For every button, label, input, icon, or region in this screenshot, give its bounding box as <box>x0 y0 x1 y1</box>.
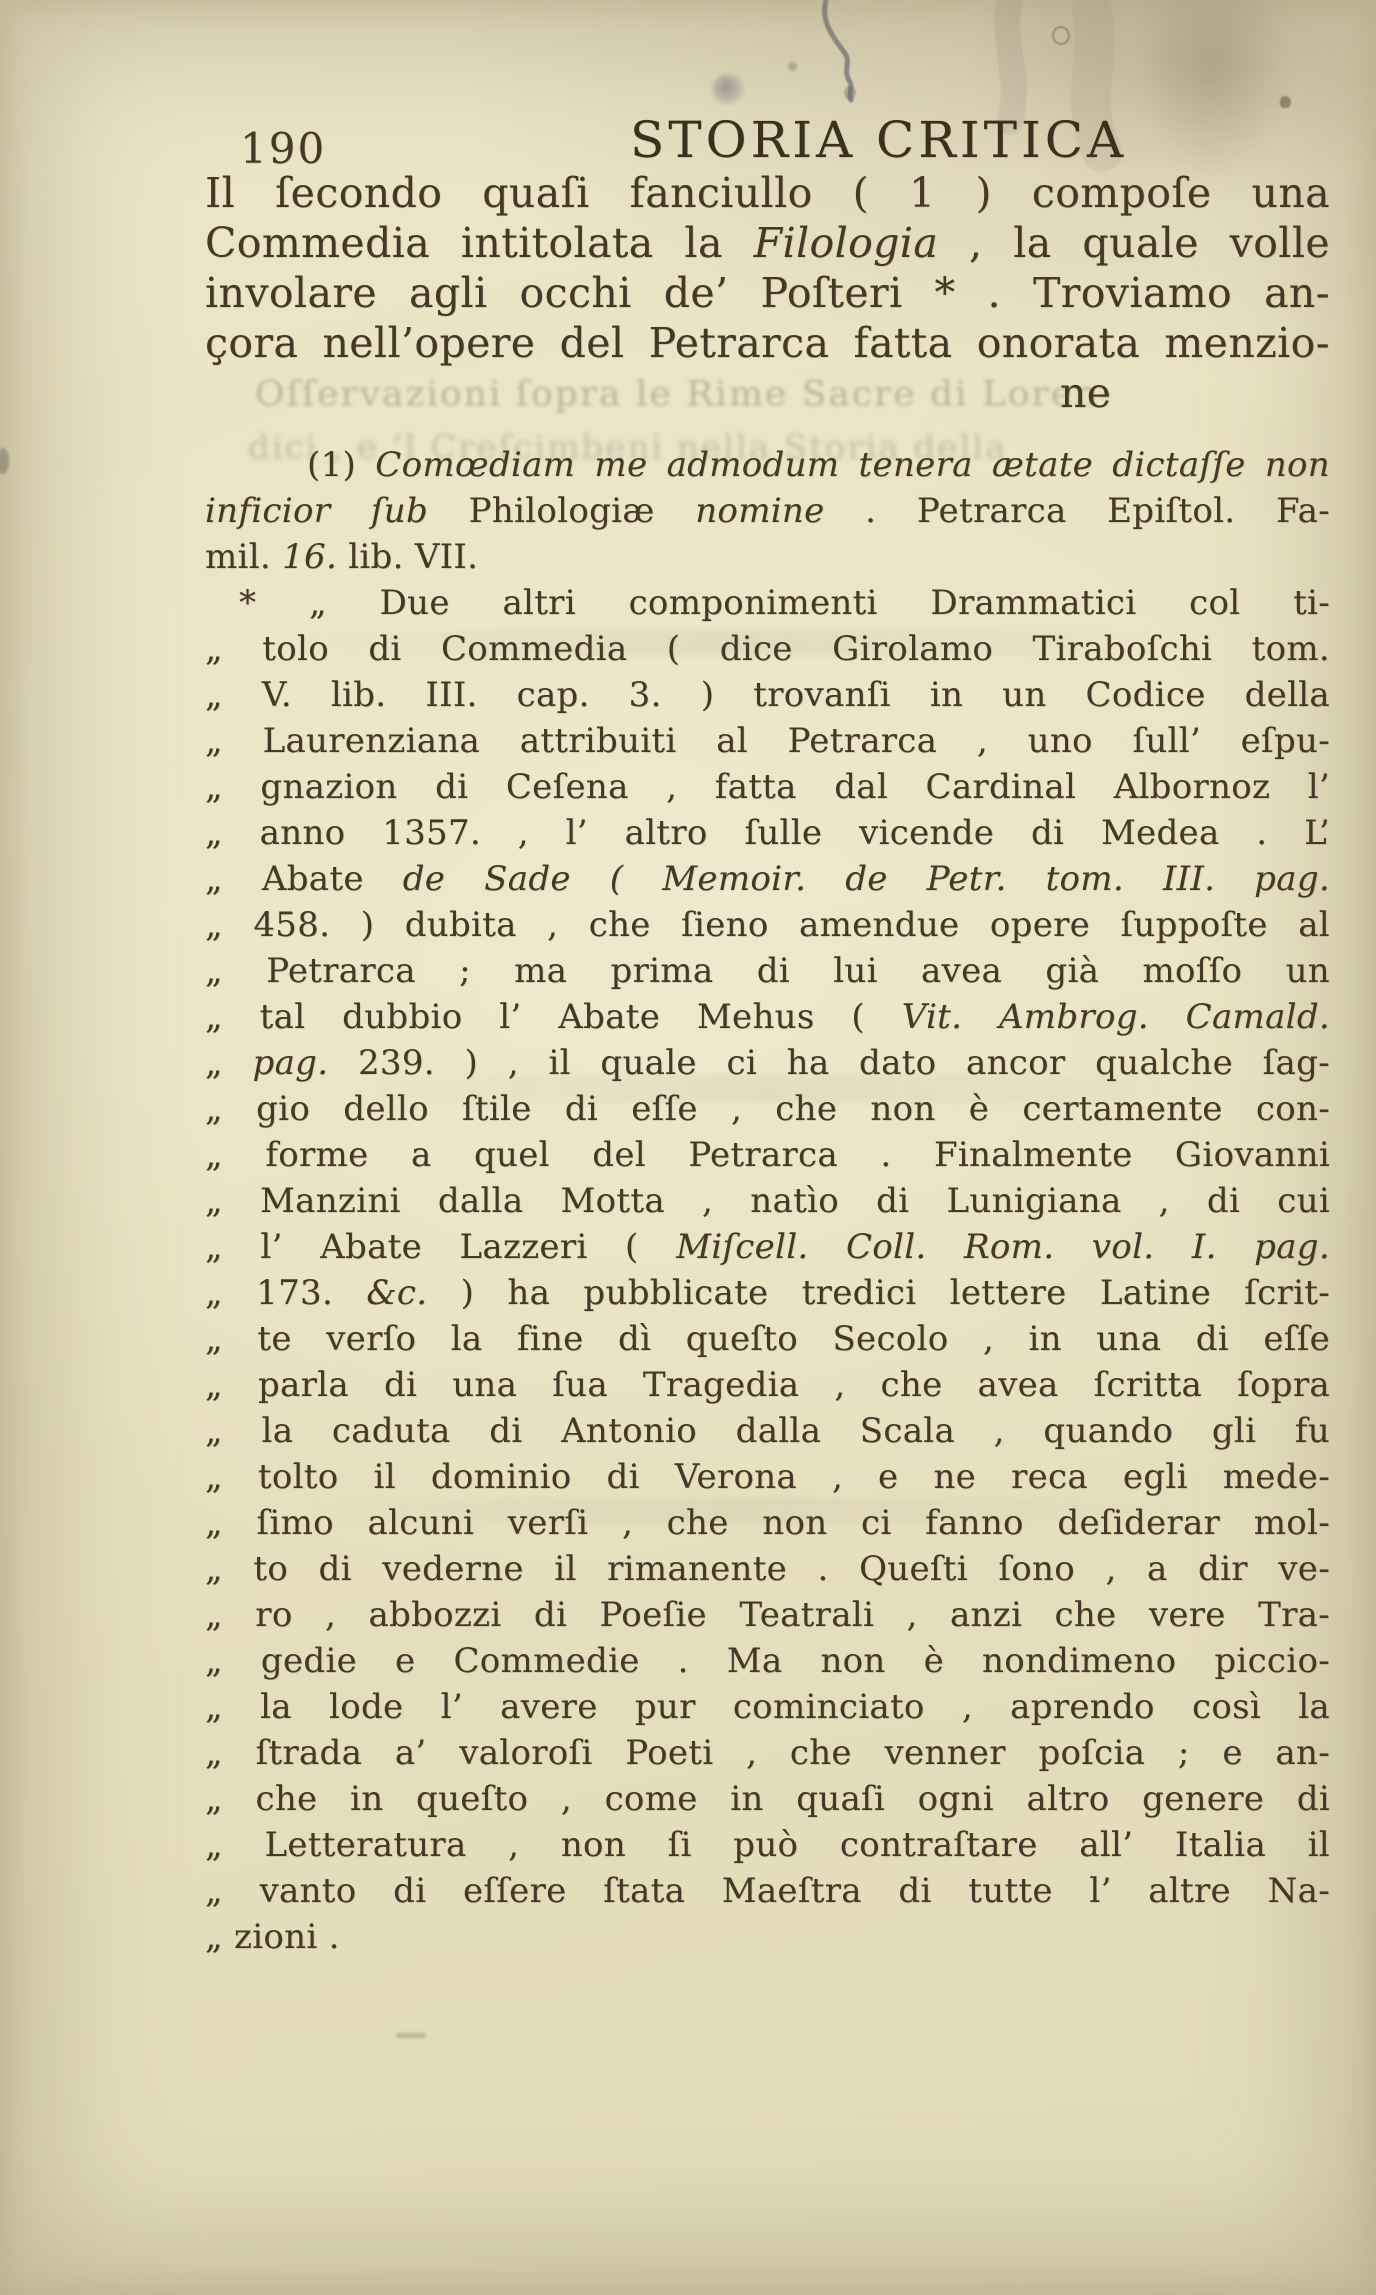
text-segment: ne <box>1060 369 1111 417</box>
text-line: „ Abate de Sade ( Memoir. de Petr. tom. … <box>205 856 1330 902</box>
text-segment: „ gnazion di Ceſena , fatta dal Cardinal… <box>205 767 1330 807</box>
text-segment: „ ſimo alcuni verſi , che non ci fanno d… <box>205 1503 1330 1543</box>
text-line: „ ſimo alcuni verſi , che non ci fanno d… <box>205 1500 1330 1546</box>
text-segment: ) ha pubblicate tredici lettere Latine ſ… <box>427 1273 1330 1313</box>
text-segment: çora nell’opere del Petrarca fatta onora… <box>205 319 1330 367</box>
text-line: „ Laurenziana attribuiti al Petrarca , u… <box>205 718 1330 764</box>
text-line: „ parla di una ſua Tragedia , che avea ſ… <box>205 1362 1330 1408</box>
ink-speck <box>0 448 9 474</box>
text-segment: „ l’ Abate Lazzeri ( <box>205 1227 676 1267</box>
text-segment: Comœdiam me admodum tenera ætate dictaſſ… <box>375 445 1330 485</box>
text-line: „ Petrarca ; ma prima di lui avea già mo… <box>205 948 1330 994</box>
text-segment: „ forme a quel del Petrarca . Finalmente… <box>205 1135 1330 1175</box>
text-line: „ pag. 239. ) , il quale ci ha dato anco… <box>205 1040 1330 1086</box>
text-segment: „ to di vederne il rimanente . Queſti ſo… <box>205 1549 1330 1589</box>
text-segment: „ Abate <box>205 859 403 899</box>
text-segment: „ Manzini dalla Motta , natìo di Lunigia… <box>205 1181 1330 1221</box>
text-segment: nomine <box>695 491 824 531</box>
text-line: „ vanto di eſſere ſtata Maeſtra di tutte… <box>205 1868 1330 1914</box>
text-segment: „ V. lib. III. cap. 3. ) trovanſi in un … <box>205 675 1330 715</box>
text-segment: „ tolo di Commedia ( dice Girolamo Tirab… <box>205 629 1330 669</box>
text-segment: „ Petrarca ; ma prima di lui avea già mo… <box>205 951 1330 991</box>
text-line: „ zioni . <box>205 1914 1330 1960</box>
text-line: „ te verſo la fine dì queſto Secolo , in… <box>205 1316 1330 1362</box>
text-segment: „ Laurenziana attribuiti al Petrarca , u… <box>205 721 1330 761</box>
text-line: „ Manzini dalla Motta , natìo di Lunigia… <box>205 1178 1330 1224</box>
text-line: ne <box>205 368 1330 418</box>
text-segment: „ la lode l’ avere pur cominciato , apre… <box>205 1687 1330 1727</box>
ink-speck <box>1280 96 1291 108</box>
ink-blot <box>712 74 744 104</box>
text-segment: „ 173. <box>205 1273 366 1313</box>
text-line: „ l’ Abate Lazzeri ( Miſcell. Coll. Rom.… <box>205 1224 1330 1270</box>
text-segment: „ tolto il dominio di Verona , e ne reca… <box>205 1457 1330 1497</box>
text-segment: „ anno 1357. , l’ altro ſulle vicende di… <box>205 813 1330 853</box>
text-segment: „ Letteratura , non ſi può contraſtare a… <box>205 1825 1330 1865</box>
text-segment: „ <box>205 1043 253 1083</box>
text-line: „ la caduta di Antonio dalla Scala , qua… <box>205 1408 1330 1454</box>
text-line: „ tolo di Commedia ( dice Girolamo Tirab… <box>205 626 1330 672</box>
text-line: involare agli occhi de’ Poſteri * . Trov… <box>205 268 1330 318</box>
text-segment: pag. <box>253 1043 329 1083</box>
text-line: „ gio dello ſtile di eſſe , che non è ce… <box>205 1086 1330 1132</box>
text-line: „ la lode l’ avere pur cominciato , apre… <box>205 1684 1330 1730</box>
text-line: „ 458. ) dubita , che ſieno amendue oper… <box>205 902 1330 948</box>
text-line: „ Letteratura , non ſi può contraſtare a… <box>205 1822 1330 1868</box>
text-line: * „ Due altri componimenti Drammatici co… <box>205 580 1330 626</box>
text-line: (1) Comœdiam me admodum tenera ætate dic… <box>205 442 1330 488</box>
text-line: çora nell’opere del Petrarca fatta onora… <box>205 318 1330 368</box>
text-segment: * „ Due altri componimenti Drammatici co… <box>239 583 1330 623</box>
text-segment: &c. <box>366 1273 427 1313</box>
text-segment: . Petrarca Epiſtol. Fa- <box>825 491 1330 531</box>
paper-stain <box>1140 0 1290 180</box>
text-segment: Philologiæ <box>469 491 696 531</box>
text-line: Il ſecondo quaſi fanciullo ( 1 ) compoſe… <box>205 168 1330 218</box>
main-paragraph: Il ſecondo quaſi fanciullo ( 1 ) compoſe… <box>205 168 1330 418</box>
ink-speck <box>396 2033 426 2038</box>
text-segment: (1) <box>307 445 375 485</box>
text-line: „ che in queſto , come in quaſi ogni alt… <box>205 1776 1330 1822</box>
running-title: STORIA CRITICA <box>630 110 1127 170</box>
text-segment: mil. <box>205 537 282 577</box>
text-segment: lib. VII. <box>337 537 478 577</box>
text-segment: de Sade ( Memoir. de Petr. tom. III. pag… <box>403 859 1330 899</box>
text-segment: „ zioni . <box>205 1917 340 1957</box>
text-segment: „ ro , abbozzi di Poeſie Teatrali , anzi… <box>205 1595 1330 1635</box>
text-line: „ tolto il dominio di Verona , e ne reca… <box>205 1454 1330 1500</box>
text-line: „ tal dubbio l’ Abate Mehus ( Vit. Ambro… <box>205 994 1330 1040</box>
text-segment: „ tal dubbio l’ Abate Mehus ( <box>205 997 902 1037</box>
text-segment: Filologia <box>754 219 939 267</box>
text-segment: „ la caduta di Antonio dalla Scala , qua… <box>205 1411 1330 1451</box>
text-segment: „ gedie e Commedie . Ma non è nondimeno … <box>205 1641 1330 1681</box>
text-segment: inficior ſub <box>205 491 469 531</box>
text-line: mil. 16. lib. VII. <box>205 534 1330 580</box>
text-line: „ gedie e Commedie . Ma non è nondimeno … <box>205 1638 1330 1684</box>
text-segment: „ 458. ) dubita , che ſieno amendue oper… <box>205 905 1330 945</box>
text-segment: „ te verſo la fine dì queſto Secolo , in… <box>205 1319 1330 1359</box>
text-segment: „ gio dello ſtile di eſſe , che non è ce… <box>205 1089 1330 1129</box>
text-segment: „ vanto di eſſere ſtata Maeſtra di tutte… <box>205 1871 1330 1911</box>
text-segment: involare agli occhi de’ Poſteri * . Trov… <box>205 269 1330 317</box>
text-line: „ gnazion di Ceſena , fatta dal Cardinal… <box>205 764 1330 810</box>
book-page: Oſſervazioni ſopra le Rime Sacre di Lore… <box>0 0 1376 2295</box>
text-segment: „ ſtrada a’ valoroſi Poeti , che venner … <box>205 1733 1330 1773</box>
text-line: „ anno 1357. , l’ altro ſulle vicende di… <box>205 810 1330 856</box>
text-line: „ ſtrada a’ valoroſi Poeti , che venner … <box>205 1730 1330 1776</box>
text-line: „ to di vederne il rimanente . Queſti ſo… <box>205 1546 1330 1592</box>
text-line: Commedia intitolata la Filologia , la qu… <box>205 218 1330 268</box>
text-segment: , la quale volle <box>938 219 1330 267</box>
text-line: „ 173. &c. ) ha pubblicate tredici lette… <box>205 1270 1330 1316</box>
text-segment: „ parla di una ſua Tragedia , che avea ſ… <box>205 1365 1330 1405</box>
text-line: „ ro , abbozzi di Poeſie Teatrali , anzi… <box>205 1592 1330 1638</box>
footnotes: (1) Comœdiam me admodum tenera ætate dic… <box>205 442 1330 1960</box>
text-line: „ forme a quel del Petrarca . Finalmente… <box>205 1132 1330 1178</box>
text-segment: 239. ) , il quale ci ha dato ancor qualc… <box>328 1043 1330 1083</box>
text-segment: „ che in queſto , come in quaſi ogni alt… <box>205 1779 1330 1819</box>
text-line: „ V. lib. III. cap. 3. ) trovanſi in un … <box>205 672 1330 718</box>
text-segment: 16. <box>282 537 337 577</box>
text-segment: Commedia intitolata la <box>205 219 754 267</box>
text-segment: Vit. Ambrog. Camald. <box>902 997 1330 1037</box>
text-segment: Il ſecondo quaſi fanciullo ( 1 ) compoſe… <box>205 169 1330 217</box>
text-line: inficior ſub Philologiæ nomine . Petrarc… <box>205 488 1330 534</box>
text-segment: Miſcell. Coll. Rom. vol. I. pag. <box>676 1227 1330 1267</box>
